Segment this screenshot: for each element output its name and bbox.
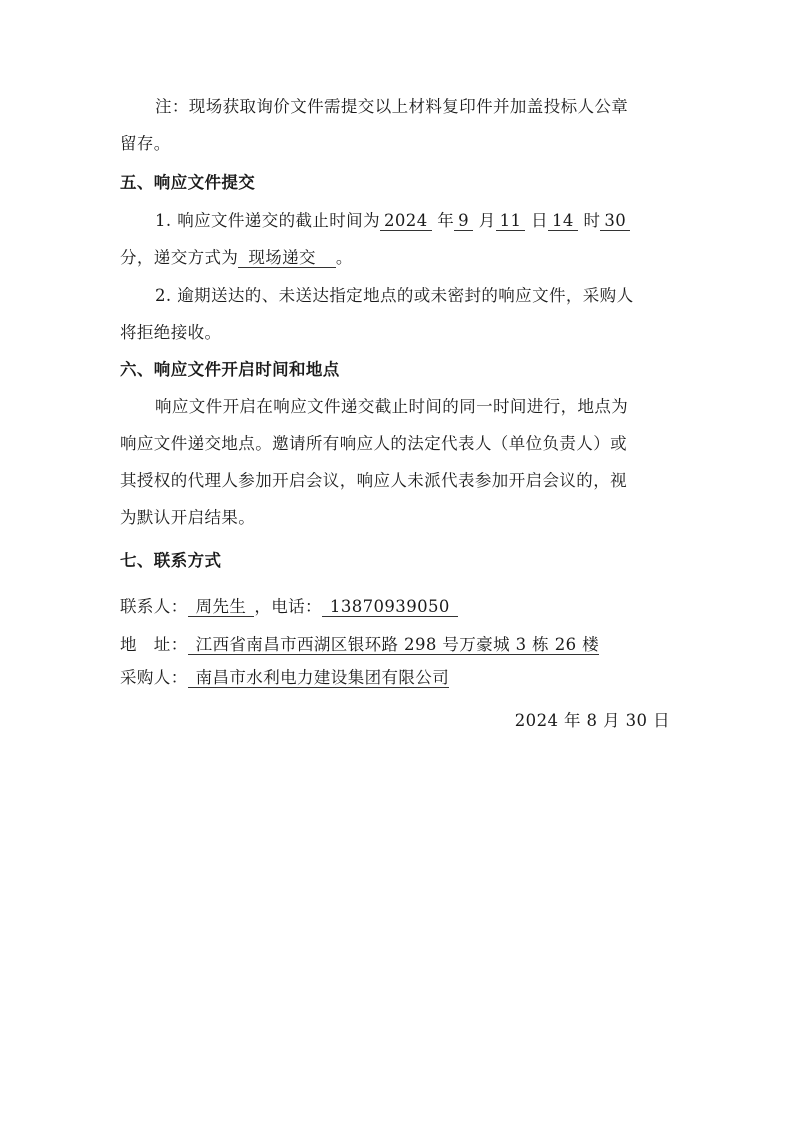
section-6-heading: 六、响应文件开启时间和地点 (120, 359, 340, 381)
address-value: 江西省南昌市西湖区银环路 298 号万豪城 3 栋 26 楼 (188, 635, 599, 655)
year-unit: 年 (437, 211, 454, 230)
section-7-heading: 七、联系方式 (120, 550, 221, 572)
opening-text-line-4: 为默认开启结果。 (120, 507, 255, 529)
phone-label: ，电话： (254, 597, 322, 616)
document-date: 2024 年 8 月 30 日 (515, 710, 670, 732)
opening-text-line-2: 响应文件递交地点。邀请所有响应人的法定代表人（单位负责人）或 (120, 433, 627, 455)
deadline-hour: 14 (548, 211, 578, 231)
contact-label: 联系人： (120, 597, 188, 616)
contact-phone: 13870939050 (322, 597, 458, 617)
purchaser-line: 采购人：南昌市水利电力建设集团有限公司 (120, 667, 449, 689)
method-end: 。 (336, 248, 353, 267)
submission-method: 现场递交 (238, 248, 336, 268)
deadline-month: 9 (454, 211, 473, 231)
purchaser-label: 采购人： (120, 668, 188, 687)
late-submission-line-2: 将拒绝接收。 (120, 322, 221, 344)
contact-name: 周先生 (188, 597, 255, 617)
address-line: 地 址：江西省南昌市西湖区银环路 298 号万豪城 3 栋 26 楼 (120, 634, 599, 656)
opening-text-line-1: 响应文件开启在响应文件递交截止时间的同一时间进行，地点为 (155, 396, 628, 418)
month-unit: 月 (479, 211, 496, 230)
late-submission-line-1: 2. 逾期送达的、未送达指定地点的或未密封的响应文件，采购人 (155, 285, 634, 307)
deadline-minute: 30 (600, 211, 630, 231)
deadline-line: 1. 响应文件递交的截止时间为2024 年9 月11 日14 时30 (155, 210, 630, 232)
submission-method-line: 分，递交方式为现场递交。 (120, 247, 353, 269)
section-5-heading: 五、响应文件提交 (120, 172, 255, 194)
address-label: 地 址： (120, 635, 188, 654)
day-unit: 日 (531, 211, 548, 230)
deadline-day: 11 (496, 211, 526, 231)
opening-text-line-3: 其授权的代理人参加开启会议，响应人未派代表参加开启会议的，视 (120, 470, 627, 492)
minute-unit: 分，递交方式为 (120, 248, 238, 267)
hour-unit: 时 (583, 211, 600, 230)
deadline-prefix: 1. 响应文件递交的截止时间为 (155, 211, 380, 230)
contact-line: 联系人：周先生，电话：13870939050 (120, 596, 458, 618)
purchaser-value: 南昌市水利电力建设集团有限公司 (188, 668, 450, 688)
deadline-year: 2024 (380, 211, 432, 231)
note-line-1: 注：现场获取询价文件需提交以上材料复印件并加盖投标人公章 (155, 96, 628, 118)
note-line-2: 留存。 (120, 133, 171, 155)
